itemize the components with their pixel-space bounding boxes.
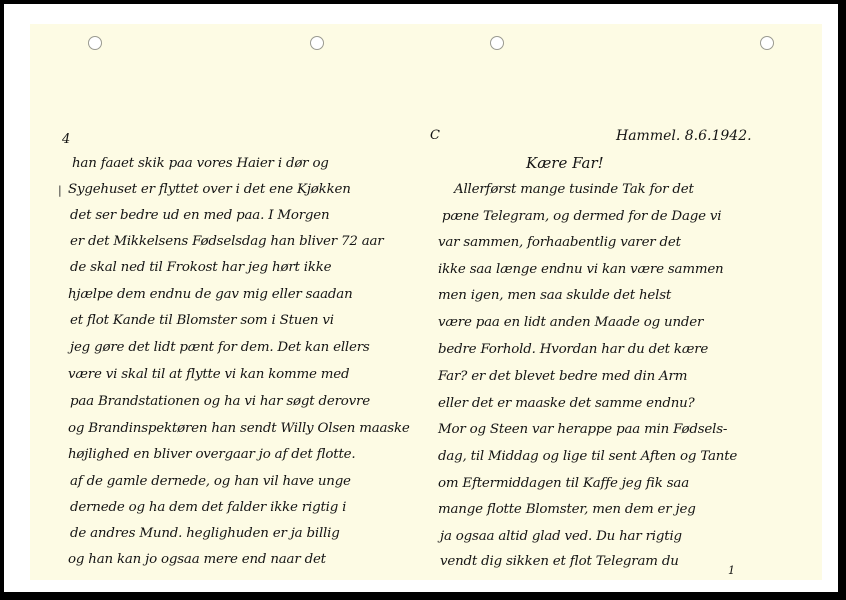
margin-mark: | (58, 184, 62, 197)
text-line: og han kan jo ogsaa mere end naar det (68, 552, 326, 567)
text-line: og Brandinspektøren han sendt Willy Olse… (68, 421, 410, 436)
text-line: er det Mikkelsens Fødselsdag han bliver … (70, 234, 383, 249)
text-line: de skal ned til Frokost har jeg hørt ikk… (70, 260, 331, 275)
text-line: et flot Kande til Blomster som i Stuen v… (70, 313, 334, 328)
text-line: men igen, men saa skulde det helst (438, 288, 671, 303)
text-line: mange flotte Blomster, men dem er jeg (438, 502, 696, 517)
corner-mark: C (430, 128, 440, 143)
place-date: Hammel. 8.6.1942. (616, 128, 752, 144)
letter-paper: 4 | han faaet skik paa vores Haier i dør… (30, 24, 822, 580)
text-line: af de gamle dernede, og han vil have ung… (70, 474, 351, 489)
text-line: være vi skal til at flytte vi kan komme … (68, 367, 349, 382)
text-line: han faaet skik paa vores Haier i dør og (72, 156, 329, 171)
text-line: det ser bedre ud en med paa. I Morgen (70, 208, 329, 223)
text-line: ja ogsaa altid glad ved. Du har rigtig (440, 529, 682, 544)
text-line: være paa en lidt anden Maade og under (438, 315, 703, 330)
text-line: dag, til Middag og lige til sent Aften o… (438, 449, 737, 464)
text-line: eller det er maaske det samme endnu? (438, 396, 695, 411)
text-line: Sygehuset er flyttet over i det ene Kjøk… (68, 182, 351, 197)
right-page: C Hammel. 8.6.1942. Kære Far! Allerførst… (430, 24, 800, 580)
salutation: Kære Far! (526, 154, 604, 172)
text-line: Far? er det blevet bedre med din Arm (438, 369, 687, 384)
text-line: paa Brandstationen og ha vi har søgt der… (70, 394, 370, 409)
text-line: Allerførst mange tusinde Tak for det (454, 182, 694, 197)
text-line: vendt dig sikken et flot Telegram du (440, 554, 679, 569)
text-line: jeg gøre det lidt pænt for dem. Det kan … (70, 340, 370, 355)
text-line: pæne Telegram, og dermed for de Dage vi (442, 209, 721, 224)
text-line: bedre Forhold. Hvordan har du det kære (438, 342, 708, 357)
scan-frame: 4 | han faaet skik paa vores Haier i dør… (4, 4, 838, 592)
text-line: dernede og ha dem det falder ikke rigtig… (70, 500, 346, 515)
text-line: om Eftermiddagen til Kaffe jeg fik saa (438, 476, 689, 491)
left-page: 4 | han faaet skik paa vores Haier i dør… (64, 24, 424, 580)
page-mark: 1 (728, 564, 735, 577)
text-line: de andres Mund. heglighuden er ja billig (70, 526, 340, 541)
text-line: Mor og Steen var herappe paa min Fødsels… (438, 422, 727, 437)
text-line: højlighed en bliver overgaar jo af det f… (68, 447, 355, 462)
text-line: hjælpe dem endnu de gav mig eller saadan (68, 287, 353, 302)
page-number: 4 (62, 132, 70, 147)
text-line: ikke saa længe endnu vi kan være sammen (438, 262, 723, 277)
text-line: var sammen, forhaabentlig varer det (438, 235, 681, 250)
